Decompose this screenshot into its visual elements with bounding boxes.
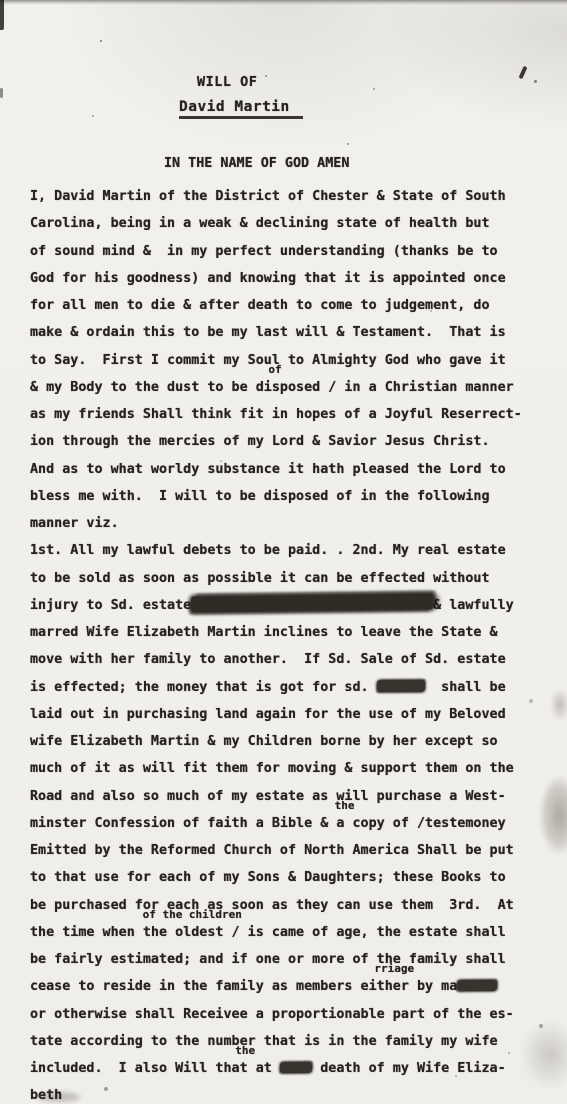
ink-speck (534, 80, 537, 83)
ink-cross-out (280, 1062, 312, 1073)
scanned-document-page: WILL OF David Martin IN THE NAME OF GOD … (0, 0, 567, 1104)
document-line: to that use for each of my Sons & Daught… (30, 864, 540, 891)
line-text: wife Elizabeth Martin & my Children born… (30, 734, 498, 749)
document-line: & my Body to the dust to be disposed / i… (30, 374, 540, 401)
line-text: minster Confession of faith a Bible & a … (30, 816, 506, 831)
document-line: much of it as will fit them for moving &… (30, 755, 540, 782)
scan-corner-mark (0, 0, 4, 30)
document-line: And as to what worldy substance it hath … (30, 456, 540, 483)
document-line: of sound mind & in my perfect understand… (30, 238, 540, 265)
document-line: manner viz. (30, 510, 540, 537)
superscript-insertion: the (235, 1045, 255, 1057)
scan-edge-shadow (0, 0, 567, 5)
line-text: Carolina, being in a weak & declining st… (30, 216, 490, 231)
line-text: to that use for each of my Sons & Daught… (30, 870, 506, 885)
document-line: to Say. First I commit my Soul to Almigh… (30, 347, 540, 374)
document-line: laid out in purchasing land again for th… (30, 701, 540, 728)
line-text: is effected; the money that is got for s… (30, 680, 377, 695)
line-text: laid out in purchasing land again for th… (30, 707, 506, 722)
document-line: Emitted by the Reformed Church of North … (30, 837, 540, 864)
line-text: make & ordain this to be my last will & … (30, 325, 506, 340)
line-text: much of it as will fit them for moving &… (30, 761, 514, 776)
testator-name-underlined: David Martin (179, 99, 303, 119)
ink-tick-mark (519, 66, 528, 80)
document-line: to be sold as soon as possible it can be… (30, 565, 540, 592)
superscript-insertion: of the children (143, 909, 242, 921)
line-text: for all men to die & after death to come… (30, 298, 490, 313)
superscript-insertion: rriage (374, 963, 414, 975)
document-line: marred Wife Elizabeth Martin inclines to… (30, 619, 540, 646)
line-text: & my Body to the dust to be disposed / i… (30, 380, 514, 395)
document-line: minster Confession of faith a Bible & a … (30, 810, 540, 837)
document-line: Carolina, being in a weak & declining st… (30, 210, 540, 237)
line-text: move with her family to another. If Sd. … (30, 652, 506, 667)
line-text: the time when the oldest / is came of ag… (30, 925, 506, 940)
document-line: Road and also so much of my estate as wi… (30, 783, 540, 810)
document-line: is effected; the money that is got for s… (30, 674, 540, 701)
document-line: cease to reside in the family as members… (30, 973, 540, 1000)
superscript-insertion: the (335, 800, 355, 812)
line-text: cease to reside in the family as members… (30, 979, 457, 994)
document-line: or otherwise shall Receivee a proportion… (30, 1001, 540, 1028)
line-text: injury to Sd. estate (30, 598, 191, 613)
document-line: make & ordain this to be my last will & … (30, 319, 540, 346)
line-text: I, David Martin of the District of Chest… (30, 189, 506, 204)
line-text: beth (30, 1088, 62, 1103)
invocation-heading: IN THE NAME OF GOD AMEN (164, 156, 349, 171)
document-line: 1st. All my lawful debets to be paid. . … (30, 537, 540, 564)
line-text: be purchased for each as soon as they ca… (30, 898, 514, 913)
document-line: injury to Sd. estate& lawfully (30, 592, 540, 619)
document-line: God for his goodness) and knowing that i… (30, 265, 540, 292)
document-line: the time when the oldest / is came of ag… (30, 919, 540, 946)
document-line: wife Elizabeth Martin & my Children born… (30, 728, 540, 755)
line-text: 1st. All my lawful debets to be paid. . … (30, 543, 506, 558)
line-text: as my friends Shall think fit in hopes o… (30, 407, 522, 422)
document-line: ion through the mercies of my Lord & Sav… (30, 428, 540, 455)
line-text: manner viz. (30, 516, 119, 531)
ink-cross-out (377, 679, 425, 691)
line-text: God for his goodness) and knowing that i… (30, 271, 506, 286)
document-line: bless me with. I will to be disposed of … (30, 483, 540, 510)
line-text: marred Wife Elizabeth Martin inclines to… (30, 625, 498, 640)
line-text: And as to what worldy substance it hath … (30, 462, 506, 477)
line-text: to be sold as soon as possible it can be… (30, 571, 490, 586)
scan-blotch (550, 688, 567, 722)
line-text: shall be (425, 680, 506, 695)
line-text: or otherwise shall Receivee a proportion… (30, 1007, 514, 1022)
document-line: included. I also Will that at death of m… (30, 1055, 540, 1082)
line-text: tate according to the number that is in … (30, 1034, 498, 1049)
scan-edge-mark (0, 88, 3, 98)
document-line: tate according to the number that is in … (30, 1028, 540, 1055)
line-text: bless me with. I will to be disposed of … (30, 489, 490, 504)
line-text: Emitted by the Reformed Church of North … (30, 843, 514, 858)
document-line: move with her family to another. If Sd. … (30, 646, 540, 673)
ink-cross-out (457, 980, 497, 991)
document-line: I, David Martin of the District of Chest… (30, 183, 540, 210)
document-line: for all men to die & after death to come… (30, 292, 540, 319)
line-text: ion through the mercies of my Lord & Sav… (30, 434, 490, 449)
superscript-insertion: of (268, 364, 281, 376)
line-text: Road and also so much of my estate as wi… (30, 789, 506, 804)
line-text: included. I also Will that at (30, 1061, 280, 1076)
scan-noise-specks (100, 40, 102, 42)
ink-cross-out (191, 593, 433, 612)
document-line: be fairly estimated; and if one or more … (30, 946, 540, 973)
document-line: beth (30, 1082, 540, 1104)
document-line: as my friends Shall think fit in hopes o… (30, 401, 540, 428)
line-text: & lawfully (433, 598, 514, 613)
document-body: I, David Martin of the District of Chest… (30, 183, 540, 1104)
document-line: be purchased for each as soon as they ca… (30, 892, 540, 919)
line-text: be fairly estimated; and if one or more … (30, 952, 506, 967)
document-title: WILL OF (197, 74, 257, 90)
line-text: of sound mind & in my perfect understand… (30, 244, 498, 259)
line-text: death of my Wife Eliza- (312, 1061, 505, 1076)
